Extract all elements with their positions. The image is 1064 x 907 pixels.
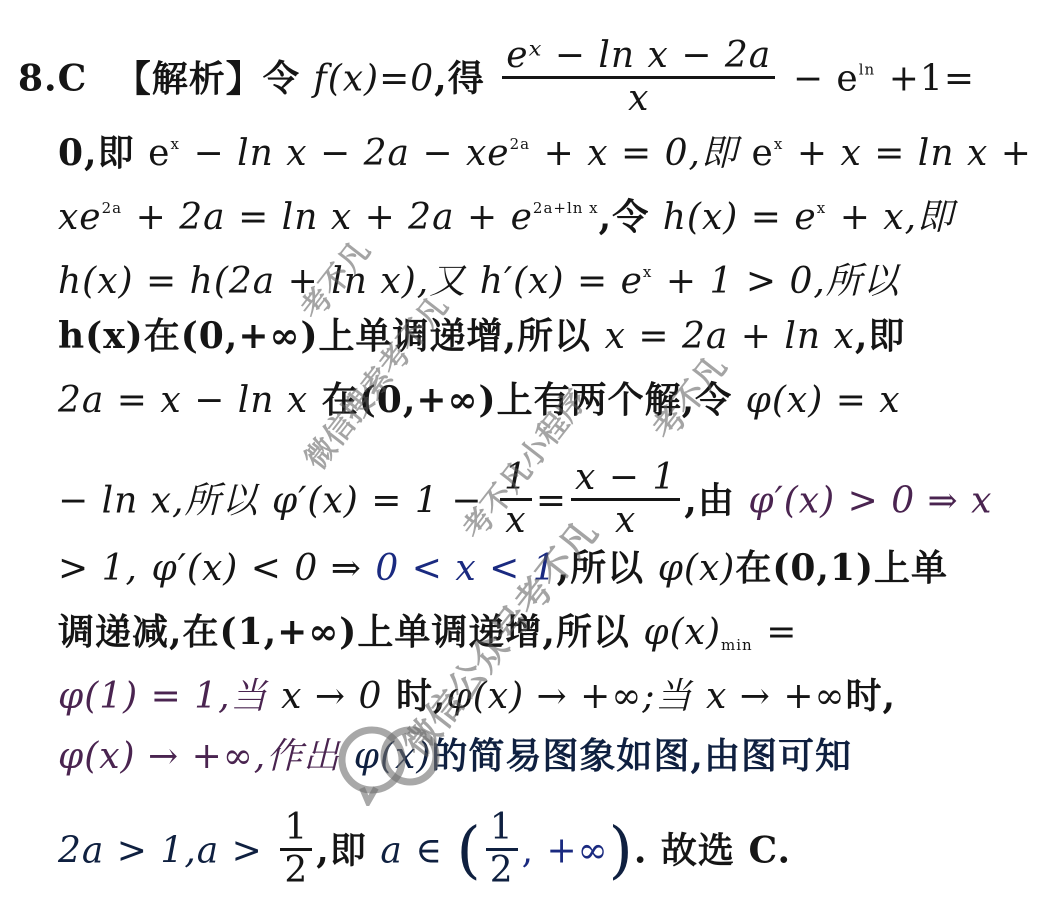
math: xe bbox=[58, 197, 102, 238]
math: φ(x) → +∞,作出 bbox=[58, 736, 340, 777]
math: φ(x) bbox=[354, 736, 432, 777]
superscript: ln bbox=[859, 61, 875, 79]
math: > 1, bbox=[58, 548, 138, 589]
fraction-numerator: eˣ − ln x − 2a bbox=[502, 36, 775, 76]
fraction-denominator: x bbox=[571, 498, 680, 541]
math: φ(x) → +∞;当 bbox=[447, 676, 693, 717]
math: + x = 0,即 bbox=[544, 133, 738, 174]
math: = bbox=[766, 612, 797, 653]
text: 令 bbox=[263, 58, 300, 100]
math: = bbox=[536, 481, 567, 522]
fraction-denominator: x bbox=[500, 498, 532, 541]
superscript: 2a bbox=[102, 199, 123, 217]
text: ,即 bbox=[855, 315, 906, 357]
fraction-numerator: 1 bbox=[486, 808, 518, 848]
math: +1= bbox=[889, 59, 975, 100]
fraction: eˣ − ln x − 2a x bbox=[502, 36, 775, 119]
text: 时, bbox=[396, 675, 447, 717]
solution-line-3: xe2a + 2a = ln x + 2a + e2a+ln x,令 h(x) … bbox=[58, 186, 954, 240]
superscript: 2a+ln x bbox=[533, 199, 599, 217]
math: − ln x,所以 bbox=[58, 481, 259, 522]
solution-line-4: h(x) = h(2a + ln x),又 h′(x) = ex + 1 > 0… bbox=[58, 250, 900, 304]
right-paren: ) bbox=[609, 813, 634, 886]
fraction: x − 1 x bbox=[571, 458, 680, 541]
math: φ′(x) = 1 − bbox=[272, 481, 482, 522]
math: x = 2a + ln x bbox=[605, 316, 855, 357]
fraction-numerator: 1 bbox=[500, 458, 532, 498]
math: x → 0 bbox=[281, 676, 382, 717]
text: 在(0,+∞)上有两个解,令 bbox=[322, 379, 732, 421]
fraction: 1 x bbox=[500, 458, 532, 541]
problem-number: 8. bbox=[18, 58, 58, 100]
text: ,令 bbox=[599, 196, 650, 238]
left-paren: ( bbox=[457, 813, 482, 886]
text: 的简易图象如图,由图可知 bbox=[431, 735, 852, 777]
fraction-denominator: 2 bbox=[280, 848, 312, 891]
fraction: 1 2 bbox=[486, 808, 518, 891]
solution-line-1: 8.C 【解析】令 f(x)=0,得 eˣ − ln x − 2a x − el… bbox=[18, 40, 975, 123]
solution-line-9: 调递减,在(1,+∞)上单调递增,所以 φ(x)min = bbox=[58, 610, 797, 667]
fraction-denominator: x bbox=[502, 76, 775, 119]
superscript: x bbox=[817, 199, 826, 217]
text: ,所以 bbox=[557, 547, 645, 589]
text: h(x)在(0,+∞)上单调递增,所以 bbox=[58, 315, 591, 357]
math: h(x) = e bbox=[663, 197, 817, 238]
problem-answer: C bbox=[58, 58, 88, 100]
fraction-numerator: 1 bbox=[280, 808, 312, 848]
math: φ(x) = x bbox=[746, 380, 901, 421]
math: + x,即 bbox=[840, 197, 954, 238]
math: 2a = x − ln x bbox=[58, 380, 308, 421]
subscript: min bbox=[721, 636, 753, 654]
solution-line-10: φ(1) = 1,当 x → 0 时,φ(x) → +∞;当 x → +∞时, bbox=[58, 674, 896, 719]
math: φ(x) bbox=[658, 548, 736, 589]
superscript: x bbox=[643, 263, 652, 281]
math: − ln x − 2a − xe bbox=[193, 133, 509, 174]
text: ,得 bbox=[434, 58, 485, 100]
math: + 2a = ln x + 2a + e bbox=[136, 197, 533, 238]
solution-page: 8.C 【解析】令 f(x)=0,得 eˣ − ln x − 2a x − el… bbox=[0, 0, 1064, 907]
math: h(x) = h(2a + ln x),又 bbox=[58, 261, 466, 302]
text: 0,即 bbox=[58, 132, 135, 174]
text: . 故选 C. bbox=[634, 830, 791, 872]
math: e bbox=[752, 133, 774, 174]
analysis-tag: 【解析】 bbox=[115, 58, 263, 100]
text: ,由 bbox=[684, 480, 735, 522]
text: 调递减,在(1,+∞)上单调递增,所以 bbox=[58, 611, 630, 653]
math-fx-equals-zero: f(x)=0 bbox=[313, 59, 434, 100]
math: + 1 > 0,所以 bbox=[666, 261, 900, 302]
math: + x = ln x + bbox=[797, 133, 1032, 174]
math: φ(1) = 1,当 bbox=[58, 676, 268, 717]
math: 0 < x < 1 bbox=[375, 548, 556, 589]
math: φ(x) bbox=[643, 612, 721, 653]
solution-line-8: > 1, φ′(x) < 0 ⇒ 0 < x < 1,所以 φ(x)在(0,1)… bbox=[58, 546, 948, 591]
solution-line-2: 0,即 ex − ln x − 2a − xe2a + x = 0,即 ex +… bbox=[58, 122, 1032, 176]
superscript: x bbox=[170, 135, 179, 153]
solution-line-5: h(x)在(0,+∞)上单调递增,所以 x = 2a + ln x,即 bbox=[58, 314, 905, 359]
math: 2a > 1,a > bbox=[58, 831, 263, 872]
math: − e bbox=[793, 59, 859, 100]
math: e bbox=[148, 133, 170, 174]
math: a ∈ bbox=[380, 831, 443, 872]
math: h′(x) = e bbox=[480, 261, 643, 302]
text: 在(0,1)上单 bbox=[735, 547, 948, 589]
solution-line-12: 2a > 1,a > 1 2 ,即 a ∈ ( 1 2 , +∞). 故选 C. bbox=[58, 812, 791, 895]
text: 时, bbox=[846, 675, 897, 717]
fraction-numerator: x − 1 bbox=[571, 458, 680, 498]
superscript: x bbox=[774, 135, 783, 153]
superscript: 2a bbox=[510, 135, 531, 153]
math: φ′(x) > 0 ⇒ x bbox=[748, 481, 992, 522]
solution-line-7: − ln x,所以 φ′(x) = 1 − 1 x = x − 1 x ,由 φ… bbox=[58, 462, 992, 545]
math: x → +∞ bbox=[706, 676, 846, 717]
fraction-denominator: 2 bbox=[486, 848, 518, 891]
fraction: 1 2 bbox=[280, 808, 312, 891]
solution-line-11: φ(x) → +∞,作出 φ(x)的简易图象如图,由图可知 bbox=[58, 734, 852, 779]
math: φ′(x) < 0 ⇒ bbox=[152, 548, 362, 589]
text: ,即 bbox=[316, 830, 367, 872]
math: , +∞ bbox=[522, 831, 609, 872]
solution-line-6: 2a = x − ln x 在(0,+∞)上有两个解,令 φ(x) = x bbox=[58, 378, 901, 423]
